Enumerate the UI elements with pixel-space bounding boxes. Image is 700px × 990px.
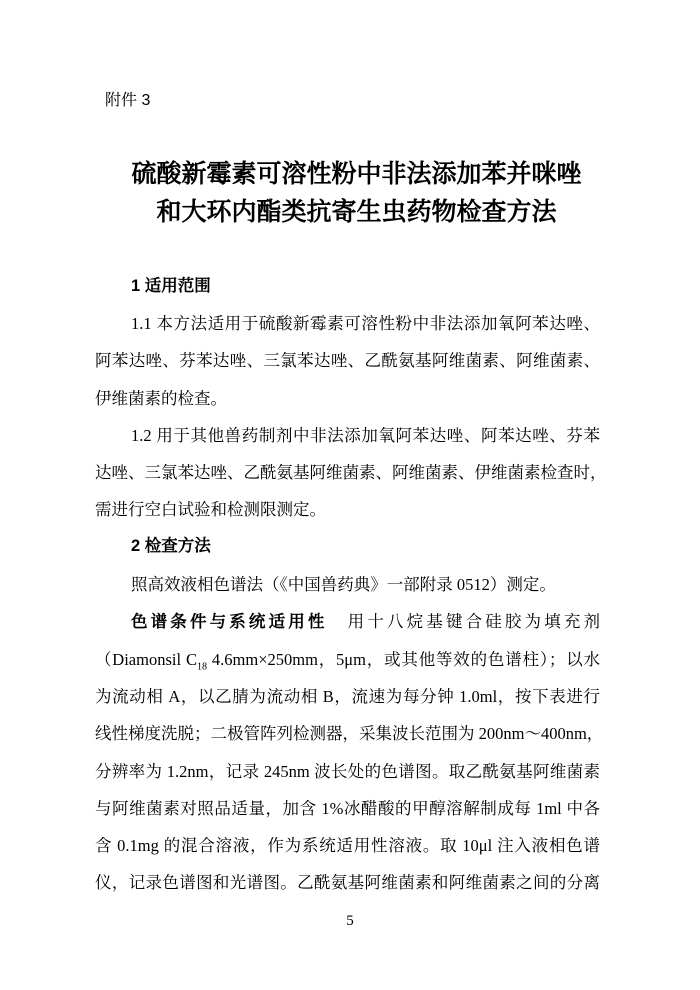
- document-title: 硫酸新霉素可溶性粉中非法添加苯并咪唑 和大环内酯类抗寄生虫药物检查方法: [95, 156, 618, 230]
- chromatography-heading-line: 色谱条件与系统适用性用十八烷基键合硅胶为填充剂: [95, 603, 600, 641]
- spacer: [95, 119, 600, 156]
- title-line-2: 和大环内酯类抗寄生虫药物检查方法: [95, 194, 618, 231]
- para-1-1-line-3: 伊维菌素的检查。: [95, 380, 600, 417]
- section-1-heading: 1 适用范围: [95, 268, 600, 305]
- chromatography-run-in-heading: 色谱条件与系统适用性: [131, 613, 328, 631]
- para-1-2-line-3: 需进行空白试验和检测限测定。: [95, 491, 600, 528]
- chromatography-heading-rest: 用十八烷基键合硅胶为填充剂: [345, 612, 600, 631]
- para-1-2-line-1: 1.2 用于其他兽药制剂中非法添加氧阿苯达唑、阿苯达唑、芬苯: [95, 417, 600, 454]
- chromatography-text-line-2: 线性梯度洗脱；二极管阵列检测器，采集波长范围为 200nm～400nm，: [95, 715, 600, 752]
- chromatography-text-line-4: 与阿维菌素对照品适量，加含 1%冰醋酸的甲醇溶解制成每 1ml 中各: [95, 790, 600, 827]
- chromatography-text-line-1: 为流动相 A，以乙腈为流动相 B，流速为每分钟 1.0ml，按下表进行: [95, 678, 600, 715]
- section-2-heading: 2 检查方法: [95, 528, 600, 565]
- title-line-1: 硫酸新霉素可溶性粉中非法添加苯并咪唑: [95, 156, 618, 193]
- para-1-1-line-1: 1.1 本方法适用于硫酸新霉素可溶性粉中非法添加氧阿苯达唑、: [95, 305, 600, 342]
- column-spec-pre: （Diamonsil C: [95, 650, 197, 669]
- chromatography-text-line-6: 仪，记录色谱图和光谱图。乙酰氨基阿维菌素和阿维菌素之间的分离: [95, 864, 600, 901]
- para-1-2-line-2: 达唑、三氯苯达唑、乙酰氨基阿维菌素、阿维菌素、伊维菌素检查时，: [95, 454, 600, 491]
- column-spec-rest: 4.6mm×250mm，5μm，或其他等效的色谱柱）；以水: [207, 650, 600, 669]
- column-spec-line: （Diamonsil C18 4.6mm×250mm，5μm，或其他等效的色谱柱…: [95, 641, 600, 678]
- chromatography-text-line-3: 分辨率为 1.2nm，记录 245nm 波长处的色谱图。取乙酰氨基阿维菌素: [95, 753, 600, 790]
- method-intro-line: 照高效液相色谱法（《中国兽药典》一部附录 0512）测定。: [95, 566, 600, 603]
- page-number: 5: [0, 910, 700, 932]
- document-content: 附件 3 硫酸新霉素可溶性粉中非法添加苯并咪唑 和大环内酯类抗寄生虫药物检查方法…: [0, 0, 700, 901]
- attachment-label: 附件 3: [95, 82, 600, 119]
- document-page: 附件 3 硫酸新霉素可溶性粉中非法添加苯并咪唑 和大环内酯类抗寄生虫药物检查方法…: [0, 0, 700, 990]
- spacer: [95, 231, 600, 268]
- column-c18-subscript: 18: [197, 661, 207, 672]
- chromatography-text-line-5: 含 0.1mg 的混合溶液，作为系统适用性溶液。取 10μl 注入液相色谱: [95, 827, 600, 864]
- para-1-1-line-2: 阿苯达唑、芬苯达唑、三氯苯达唑、乙酰氨基阿维菌素、阿维菌素、: [95, 342, 600, 379]
